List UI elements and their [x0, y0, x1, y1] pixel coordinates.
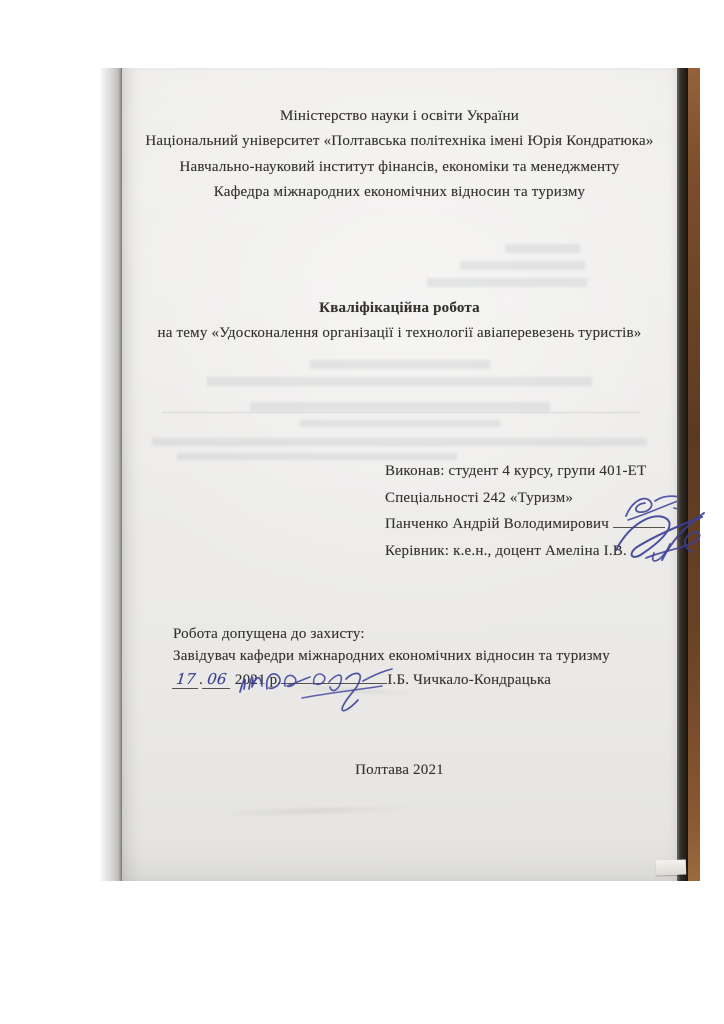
scanned-document-photo: Міністерство науки і освіти України Наці…	[100, 68, 700, 881]
work-title: Кваліфікаційна робота	[122, 296, 677, 321]
bleed-through	[207, 377, 592, 386]
author-block: Виконав: студент 4 курсу, групи 401-ЕТ С…	[385, 458, 665, 564]
paper-crease	[212, 805, 412, 818]
student-signature-line	[613, 514, 665, 528]
title-block: Кваліфікаційна робота на тему «Удосконал…	[122, 296, 677, 346]
student-name: Панченко Андрій Володимирович	[385, 516, 609, 532]
book-left-edge	[100, 68, 122, 881]
university-line: Національний університет «Полтавська пол…	[122, 129, 677, 154]
bleed-through	[300, 420, 500, 427]
bleed-through-rule	[162, 412, 640, 413]
supervisor-line: Керівник: к.е.н., доцент Амеліна І.В.	[385, 538, 665, 565]
wooden-table-edge	[688, 68, 700, 881]
performed-by-line: Виконав: студент 4 курсу, групи 401-ЕТ	[385, 458, 665, 485]
date-signature-row: 17.06 2021 р.І.Б. Чичкало-Кондрацька	[173, 670, 551, 689]
header-block: Міністерство науки і освіти України Наці…	[122, 104, 677, 205]
bleed-through	[310, 360, 490, 369]
approver-signature-line	[281, 670, 387, 684]
handwritten-day: 17	[172, 670, 200, 689]
approver-name: І.Б. Чичкало-Кондрацька	[387, 672, 551, 689]
work-subtitle: на тему «Удосконалення організації і тех…	[122, 321, 677, 346]
handwritten-month: 06	[202, 670, 232, 689]
page-edge-shadow	[677, 68, 688, 881]
printed-year: 2021 р.	[231, 672, 281, 689]
bleed-through	[427, 278, 587, 287]
bleed-through	[250, 402, 550, 411]
city-year-line: Полтава 2021	[122, 762, 677, 779]
department-line: Кафедра міжнародних економічних відносин…	[122, 180, 677, 205]
bleed-through	[460, 261, 585, 270]
ministry-line: Міністерство науки і освіти України	[122, 104, 677, 129]
institute-line: Навчально-науковий інститут фінансів, ек…	[122, 155, 677, 180]
speciality-line: Спеціальності 242 «Туризм»	[385, 485, 665, 512]
head-of-department-line: Завідувач кафедри міжнародних економічни…	[173, 648, 610, 665]
bleed-through	[505, 244, 580, 253]
thesis-title-page: Міністерство науки і освіти України Наці…	[122, 68, 677, 881]
page-stack-corner	[656, 859, 687, 875]
student-name-line: Панченко Андрій Володимирович	[385, 511, 665, 538]
admitted-line: Робота допущена до захисту:	[173, 626, 365, 643]
bleed-through	[152, 438, 647, 446]
